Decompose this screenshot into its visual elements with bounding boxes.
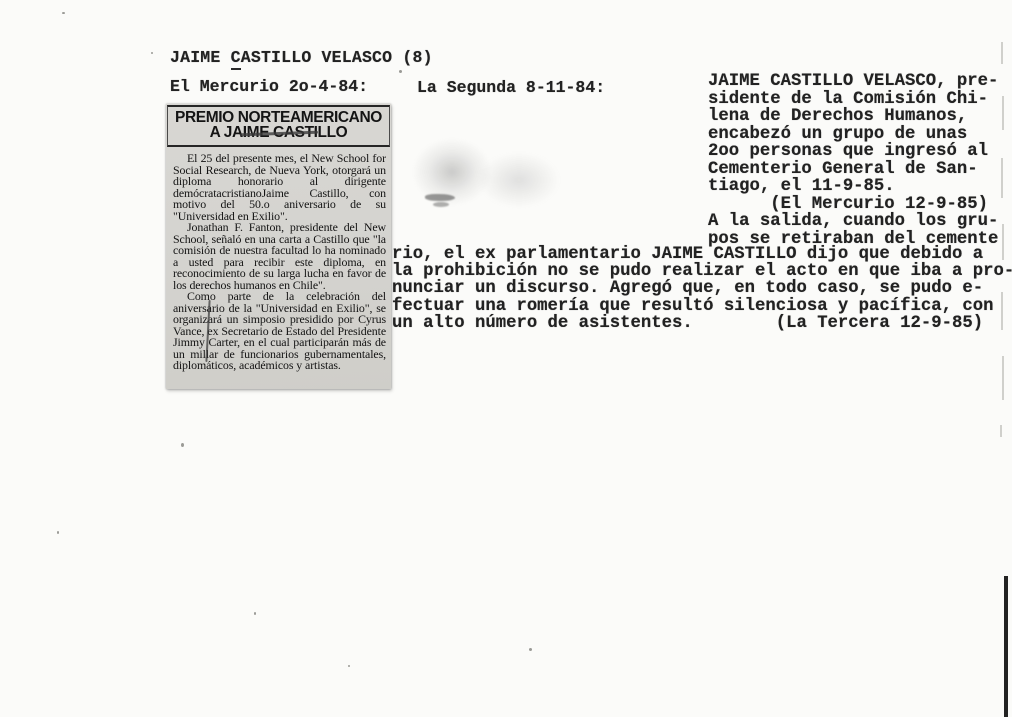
- ink-smudge: [425, 194, 455, 201]
- paper-speck: [529, 648, 532, 651]
- paper-speck: [254, 612, 256, 615]
- paper-speck: [62, 12, 65, 14]
- clipping-body: El 25 del presente mes, el New School fo…: [166, 147, 391, 372]
- clipping-headline: PREMIO NORTEAMERICANO A JAIME CASTILLO: [167, 105, 390, 147]
- paper-speck: [181, 443, 184, 447]
- scan-edge-line: [1004, 576, 1008, 717]
- newspaper-clipping: PREMIO NORTEAMERICANO A JAIME CASTILLO E…: [166, 104, 391, 389]
- page-title-underlined-letter: C: [231, 48, 241, 70]
- ink-smudge: [433, 202, 449, 207]
- ink-smudge: [478, 152, 560, 208]
- scan-edge-artifact: [1001, 42, 1003, 64]
- typed-note-continuation: rio, el ex parlamentario JAIME CASTILLO …: [392, 246, 1012, 332]
- scan-edge-artifact: [1002, 224, 1004, 260]
- paper-speck: [399, 70, 402, 73]
- scan-edge-artifact: [1001, 292, 1003, 330]
- source-label-la-segunda: La Segunda 8-11-84:: [417, 78, 605, 97]
- page-title: JAIME CASTILLO VELASCO (8): [170, 48, 433, 67]
- scan-edge-artifact: [1001, 158, 1003, 198]
- page-title-text: JAIME: [170, 48, 231, 67]
- typed-note-right-column: JAIME CASTILLO VELASCO, pre- sidente de …: [708, 73, 998, 248]
- page-title-text-rest: ASTILLO VELASCO (8): [241, 48, 433, 67]
- paper-speck: [151, 52, 153, 54]
- clipping-paragraph: Jonathan F. Fanton, presidente del New S…: [173, 222, 386, 291]
- scan-edge-artifact: [1002, 96, 1004, 130]
- scan-edge-artifact: [1002, 356, 1004, 400]
- paper-speck: [57, 531, 59, 534]
- scan-edge-artifact: [1000, 425, 1002, 437]
- ink-smudge: [412, 138, 492, 206]
- source-label-el-mercurio: El Mercurio 2o-4-84:: [170, 77, 368, 96]
- paper-speck: [348, 665, 350, 667]
- clipping-paragraph: El 25 del presente mes, el New School fo…: [173, 153, 386, 222]
- scanned-document-page: JAIME CASTILLO VELASCO (8) El Mercurio 2…: [0, 0, 1012, 717]
